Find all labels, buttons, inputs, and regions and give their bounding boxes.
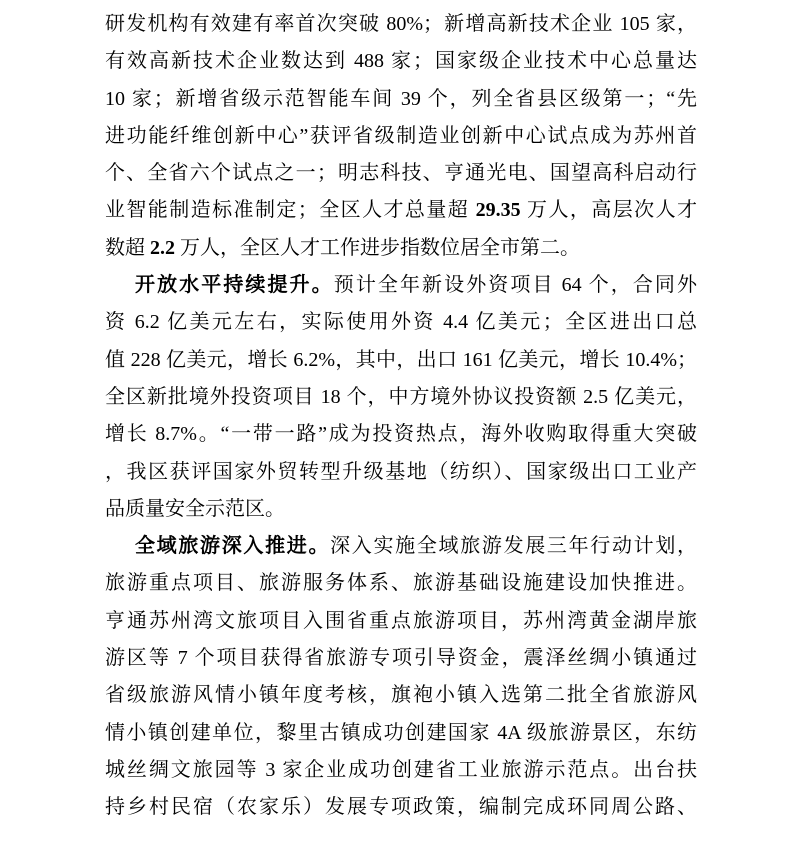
text-line: 进功能纤维创新中心”获评省级制造业创新中心试点成为苏州首 bbox=[105, 118, 697, 155]
text-line: 情小镇创建单位，黎里古镇成功创建国家 4A 级旅游景区，东纺 bbox=[105, 715, 697, 752]
text-line: 旅游重点项目、旅游服务体系、旅游基础设施建设加快推进。 bbox=[105, 565, 697, 602]
text-line: 值 228 亿美元，增长 6.2%，其中，出口 161 亿美元，增长 10.4%… bbox=[105, 342, 697, 379]
text-run: 品质量安全示范区。 bbox=[105, 498, 285, 520]
text-line: 全域旅游深入推进。深入实施全域旅游发展三年行动计划， bbox=[105, 528, 697, 565]
text-run: 城丝绸文旅园等 3 家企业成功创建省工业旅游示范点。出台扶 bbox=[105, 759, 697, 781]
text-line: 资 6.2 亿美元左右，实际使用外资 4.4 亿美元；全区进出口总 bbox=[105, 304, 697, 341]
text-run: 研发机构有效建有率首次突破 80%；新增高新技术企业 105 家， bbox=[105, 13, 697, 35]
bold-text-run: 全域旅游深入推进。 bbox=[135, 535, 330, 557]
text-line: 城丝绸文旅园等 3 家企业成功创建省工业旅游示范点。出台扶 bbox=[105, 752, 697, 789]
text-run: 深入实施全域旅游发展三年行动计划， bbox=[330, 535, 697, 557]
text-line: 10 家；新增省级示范智能车间 39 个，列全省县区级第一；“先 bbox=[105, 81, 697, 118]
text-line: 数超 2.2 万人，全区人才工作进步指数位居全市第二。 bbox=[105, 230, 697, 267]
document-page: 研发机构有效建有率首次突破 80%；新增高新技术企业 105 家，有效高新技术企… bbox=[0, 0, 793, 851]
text-run: 资 6.2 亿美元左右，实际使用外资 4.4 亿美元；全区进出口总 bbox=[105, 311, 697, 333]
text-run: 持乡村民宿（农家乐）发展专项政策，编制完成环同周公路、 bbox=[105, 796, 697, 818]
text-run: 数超 bbox=[105, 237, 150, 259]
text-line: 个、全省六个试点之一；明志科技、亨通光电、国望高科启动行 bbox=[105, 155, 697, 192]
text-line: ，我区获评国家外贸转型升级基地（纺织）、国家级出口工业产 bbox=[105, 454, 697, 491]
text-run: 亨通苏州湾文旅项目入围省重点旅游项目，苏州湾黄金湖岸旅 bbox=[105, 610, 697, 632]
text-line: 业智能制造标准制定；全区人才总量超 29.35 万人，高层次人才 bbox=[105, 192, 697, 229]
text-run: 值 228 亿美元，增长 6.2%，其中，出口 161 亿美元，增长 10.4%… bbox=[105, 349, 697, 371]
text-run: 游区等 7 个项目获得省旅游专项引导资金，震泽丝绸小镇通过 bbox=[105, 647, 697, 669]
text-run: 情小镇创建单位，黎里古镇成功创建国家 4A 级旅游景区，东纺 bbox=[105, 722, 697, 744]
text-run: 万人，高层次人才 bbox=[521, 199, 697, 221]
text-run: 10 家；新增省级示范智能车间 39 个，列全省县区级第一；“先 bbox=[105, 88, 697, 110]
text-run: 省级旅游风情小镇年度考核，旗袍小镇入选第二批全省旅游风 bbox=[105, 684, 697, 706]
paragraph-opening-up: 开放水平持续提升。预计全年新设外资项目 64 个，合同外资 6.2 亿美元左右，… bbox=[105, 267, 697, 528]
text-run: 个、全省六个试点之一；明志科技、亨通光电、国望高科启动行 bbox=[105, 162, 697, 184]
text-line: 亨通苏州湾文旅项目入围省重点旅游项目，苏州湾黄金湖岸旅 bbox=[105, 603, 697, 640]
bold-text-run: 29.35 bbox=[476, 199, 521, 221]
text-line: 省级旅游风情小镇年度考核，旗袍小镇入选第二批全省旅游风 bbox=[105, 677, 697, 714]
report-text-block: 研发机构有效建有率首次突破 80%；新增高新技术企业 105 家，有效高新技术企… bbox=[105, 6, 697, 827]
paragraph-innovation-continued: 研发机构有效建有率首次突破 80%；新增高新技术企业 105 家，有效高新技术企… bbox=[105, 6, 697, 267]
text-run: 预计全年新设外资项目 64 个，合同外 bbox=[334, 274, 697, 296]
text-line: 增长 8.7%。“一带一路”成为投资热点，海外收购取得重大突破 bbox=[105, 416, 697, 453]
text-run: 万人，全区人才工作进步指数位居全市第二。 bbox=[175, 237, 580, 259]
bold-text-run: 2.2 bbox=[150, 237, 175, 259]
text-line: 开放水平持续提升。预计全年新设外资项目 64 个，合同外 bbox=[105, 267, 697, 304]
text-run: 有效高新技术企业数达到 488 家；国家级企业技术中心总量达 bbox=[105, 50, 697, 72]
text-line: 研发机构有效建有率首次突破 80%；新增高新技术企业 105 家， bbox=[105, 6, 697, 43]
text-run: 进功能纤维创新中心”获评省级制造业创新中心试点成为苏州首 bbox=[105, 125, 697, 147]
text-line: 持乡村民宿（农家乐）发展专项政策，编制完成环同周公路、 bbox=[105, 789, 697, 826]
text-run: 旅游重点项目、旅游服务体系、旅游基础设施建设加快推进。 bbox=[105, 572, 697, 594]
text-run: 业智能制造标准制定；全区人才总量超 bbox=[105, 199, 476, 221]
bold-text-run: 开放水平持续提升。 bbox=[135, 274, 334, 296]
text-line: 品质量安全示范区。 bbox=[105, 491, 697, 528]
text-line: 有效高新技术企业数达到 488 家；国家级企业技术中心总量达 bbox=[105, 43, 697, 80]
text-line: 全区新批境外投资项目 18 个，中方境外协议投资额 2.5 亿美元， bbox=[105, 379, 697, 416]
text-run: ，我区获评国家外贸转型升级基地（纺织）、国家级出口工业产 bbox=[105, 461, 697, 483]
text-run: 增长 8.7%。“一带一路”成为投资热点，海外收购取得重大突破 bbox=[105, 423, 697, 445]
paragraph-all-area-tourism: 全域旅游深入推进。深入实施全域旅游发展三年行动计划，旅游重点项目、旅游服务体系、… bbox=[105, 528, 697, 826]
text-run: 全区新批境外投资项目 18 个，中方境外协议投资额 2.5 亿美元， bbox=[105, 386, 697, 408]
text-line: 游区等 7 个项目获得省旅游专项引导资金，震泽丝绸小镇通过 bbox=[105, 640, 697, 677]
